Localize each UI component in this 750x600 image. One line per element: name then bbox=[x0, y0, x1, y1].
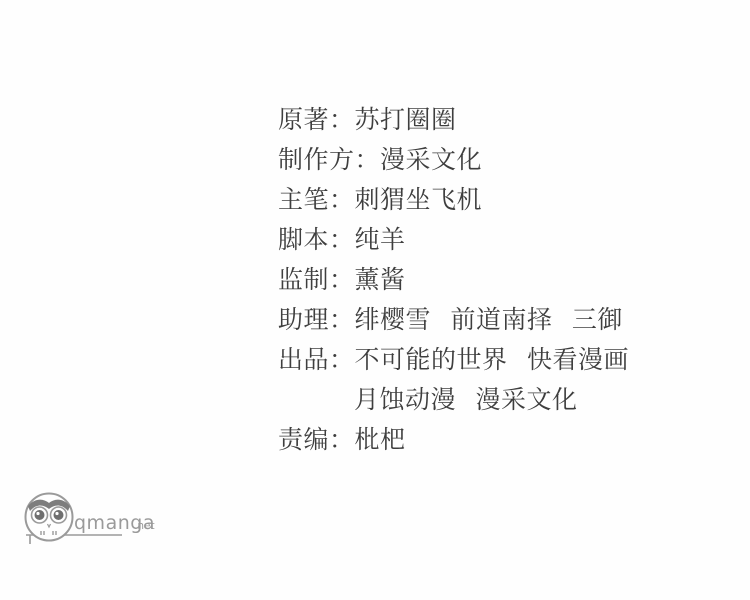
credit-line-lead-artist: 主笔：刺猬坐飞机 bbox=[278, 180, 629, 220]
credit-line-script: 脚本：纯羊 bbox=[278, 220, 629, 260]
credit-line-editor: 责编：枇杷 bbox=[278, 420, 629, 460]
credit-names: 漫采文化 bbox=[380, 146, 482, 174]
credit-names: 月蚀动漫 漫采文化 bbox=[354, 386, 577, 414]
credit-role: 脚本： bbox=[278, 226, 355, 254]
credit-names: 苏打圈圈 bbox=[355, 106, 457, 134]
credit-names: 枇杷 bbox=[355, 426, 406, 454]
credit-role: 制作方： bbox=[278, 146, 380, 174]
watermark: qmanga .net bbox=[22, 488, 182, 548]
credit-names: 薰酱 bbox=[355, 266, 406, 294]
credit-role: 助理： bbox=[278, 306, 355, 334]
credit-line-supervisor: 监制：薰酱 bbox=[278, 260, 629, 300]
credit-names: 不可能的世界 快看漫画 bbox=[355, 346, 629, 374]
credit-names: 绯樱雪 前道南择 三御 bbox=[355, 306, 623, 334]
watermark-site-tld: .net bbox=[134, 520, 155, 532]
credit-names: 纯羊 bbox=[355, 226, 406, 254]
credit-line-publisher-continued: 月蚀动漫 漫采文化 bbox=[278, 380, 629, 420]
credit-line-production: 制作方：漫采文化 bbox=[278, 140, 629, 180]
comic-credits-page: 原著：苏打圈圈 制作方：漫采文化 主笔：刺猬坐飞机 脚本：纯羊 监制：薰酱 助理… bbox=[0, 0, 750, 600]
credit-names: 刺猬坐飞机 bbox=[355, 186, 483, 214]
credit-role: 原著： bbox=[278, 106, 355, 134]
credit-line-assistants: 助理：绯樱雪 前道南择 三御 bbox=[278, 300, 629, 340]
credit-role: 出品： bbox=[278, 346, 355, 374]
credit-role: 监制： bbox=[278, 266, 355, 294]
credit-role: 责编： bbox=[278, 426, 355, 454]
credit-role: 主笔： bbox=[278, 186, 355, 214]
qmanga-watermark-graphic: qmanga .net bbox=[22, 488, 162, 548]
credit-line-publisher: 出品：不可能的世界 快看漫画 bbox=[278, 340, 629, 380]
credits-block: 原著：苏打圈圈 制作方：漫采文化 主笔：刺猬坐飞机 脚本：纯羊 监制：薰酱 助理… bbox=[278, 100, 629, 460]
credit-line-original-author: 原著：苏打圈圈 bbox=[278, 100, 629, 140]
